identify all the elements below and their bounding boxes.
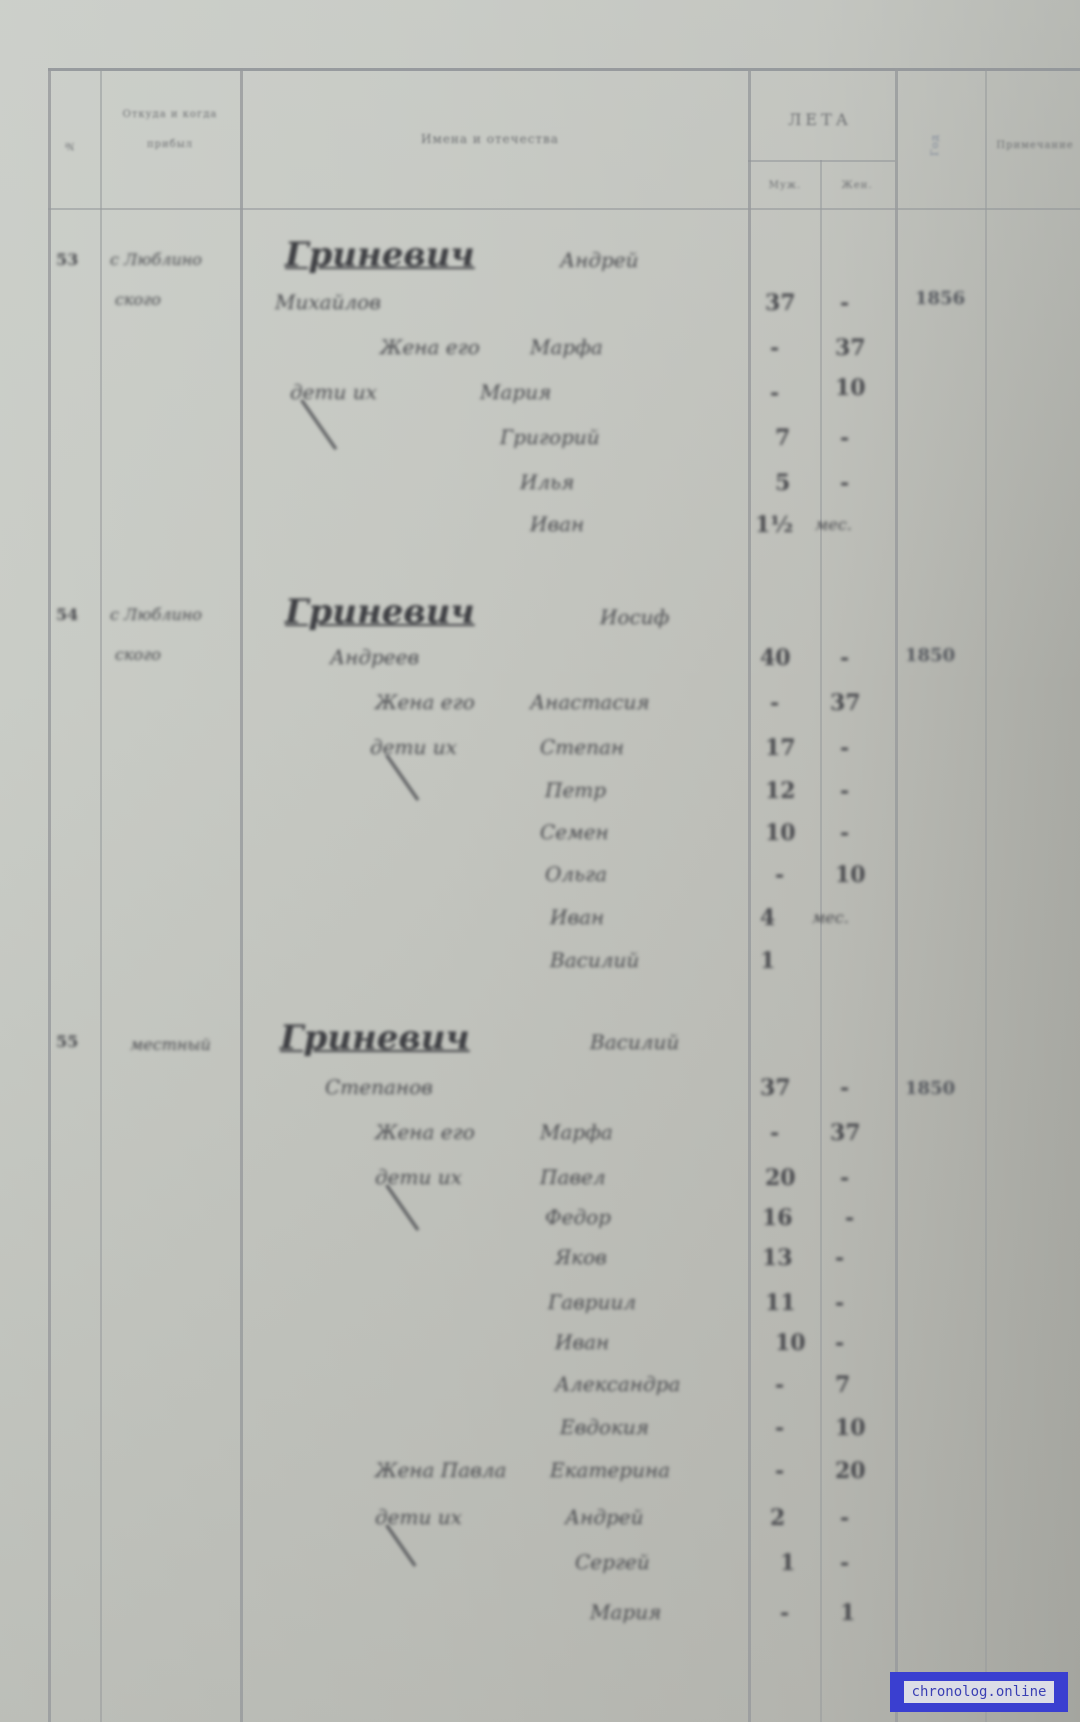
member-name: Степанов [325,1075,433,1099]
member-age-female: 37 [830,1120,861,1146]
member-age-male: - [770,1120,779,1146]
member-age-female: - [845,1205,854,1231]
family-origin: ского [115,645,161,664]
family-surname: Гриневич [285,592,475,632]
head-given-name: Андрей [560,248,639,272]
member-age-male: 5 [775,470,790,496]
member-name: Сергей [575,1550,650,1574]
member-name: Григорий [500,425,600,449]
member-age-female: 7 [835,1372,850,1398]
member-name: Мария [590,1600,661,1624]
member-age-male: - [770,690,779,716]
family-brace [300,399,337,450]
member-age-male: - [775,1458,784,1484]
member-age-female: 10 [835,375,866,401]
family-origin: с Люблино [110,605,202,624]
member-age-female: - [840,1505,849,1531]
member-name: Марфа [540,1120,613,1144]
header-bottom-border [48,208,1080,210]
member-name: Павел [540,1165,606,1189]
member-age-male: 7 [775,425,790,451]
member-age-female: 10 [835,1415,866,1441]
member-name: Гавриил [548,1290,636,1314]
member-name: Степан [540,735,624,759]
member-name: Иван [530,512,584,536]
member-name: Марфа [530,335,603,359]
member-age-male: 16 [762,1205,793,1231]
member-relation: Жена Павла [375,1458,506,1482]
member-name: Иван [550,905,604,929]
member-age-male: 10 [765,820,796,846]
member-name: Мария [480,380,551,404]
member-age-male: 1 [760,948,775,974]
member-name: Яков [555,1245,607,1269]
watermark-badge: chronolog.online [890,1672,1068,1712]
header-ages: ЛЕТА [770,110,870,129]
member-name: Александра [555,1372,680,1396]
member-name: Екатерина [550,1458,670,1482]
header-remarks: Примечание [995,140,1075,151]
register-page: № Откуда и когда прибыл Имена и отечеств… [0,0,1080,1722]
family-year: 1850 [905,1078,955,1099]
member-age-male: 1 [780,1550,795,1576]
watermark-text: chronolog.online [904,1681,1055,1703]
member-relation: Жена его [380,335,480,359]
member-age-male: - [775,1415,784,1441]
member-name: Василий [550,948,639,972]
family-brace [385,1184,419,1231]
member-age-female: - [840,735,849,761]
member-name: Федор [545,1205,611,1229]
col-border-vertical [985,68,987,1722]
member-relation: Жена его [375,1120,475,1144]
member-name: Семен [540,820,609,844]
member-age-female: 37 [835,335,866,361]
member-name: Анастасия [530,690,650,714]
member-name: Михайлов [275,290,381,314]
member-age-female: - [840,425,849,451]
member-name: Петр [545,778,606,802]
member-age-female: мес. [815,515,852,534]
member-name: Андрей [565,1505,644,1529]
member-age-female: - [840,778,849,804]
member-age-male: 12 [765,778,796,804]
member-age-female: - [840,290,849,316]
member-age-male: 37 [760,1075,791,1101]
family-number: 55 [56,1032,78,1051]
col-border-names [748,68,751,1722]
member-age-female: - [840,470,849,496]
member-age-male: 4 [760,905,775,931]
member-age-female: мес. [812,908,849,927]
member-age-female: 37 [830,690,861,716]
head-given-name: Василий [590,1030,679,1054]
member-age-male: 1½ [755,512,793,538]
member-age-male: 10 [775,1330,806,1356]
header-origin: Откуда и когда прибыл [110,100,230,160]
member-age-male: 37 [765,290,796,316]
member-relation: Жена его [375,690,475,714]
member-age-male: - [775,1372,784,1398]
member-name: Илья [520,470,574,494]
ages-subheader-line [748,160,895,162]
family-brace [385,754,419,801]
member-age-male: 13 [762,1245,793,1271]
table-top-border [48,68,1080,71]
member-age-female: - [840,645,849,671]
member-age-male: 2 [770,1505,785,1531]
member-age-female: - [840,1550,849,1576]
header-ages-female: Жен. [824,180,890,191]
member-age-female: - [840,820,849,846]
member-age-female: - [835,1290,844,1316]
family-number: 53 [56,250,78,269]
member-age-female: 1 [840,1600,855,1626]
member-age-male: - [775,862,784,888]
header-names: Имена и отечества [340,132,640,146]
family-origin: с Люблино [110,250,202,269]
member-age-female: 20 [835,1458,866,1484]
family-surname: Гриневич [280,1018,470,1058]
family-origin: местный [130,1035,211,1054]
family-year: 1850 [905,645,955,666]
member-age-female: 10 [835,862,866,888]
header-vertical: Год [930,85,941,205]
member-name: Иван [555,1330,609,1354]
member-age-male: - [770,335,779,361]
member-name: Андреев [330,645,419,669]
member-age-female: - [840,1075,849,1101]
member-relation: дети их [370,735,457,759]
col-border-ages-mid [820,160,822,1722]
member-age-female: - [835,1245,844,1271]
col-border-left [48,68,51,1722]
member-name: Евдокия [560,1415,649,1439]
col-border-number [100,68,102,1722]
family-brace [385,1524,416,1567]
head-given-name: Иосиф [600,605,669,629]
member-age-male: 40 [760,645,791,671]
member-age-female: - [840,1165,849,1191]
family-number: 54 [56,605,78,624]
header-number: № [64,90,75,200]
member-age-male: - [770,380,779,406]
col-border-origin [240,68,243,1722]
header-ages-male: Муж. [752,180,818,191]
member-name: Ольга [545,862,607,886]
family-year: 1856 [915,288,965,309]
member-age-male: 11 [765,1290,796,1316]
family-origin: ского [115,290,161,309]
member-age-male: 20 [765,1165,796,1191]
member-age-male: - [780,1600,789,1626]
member-age-male: 17 [765,735,796,761]
col-border-ages [895,68,898,1722]
family-surname: Гриневич [285,235,475,275]
member-age-female: - [835,1330,844,1356]
